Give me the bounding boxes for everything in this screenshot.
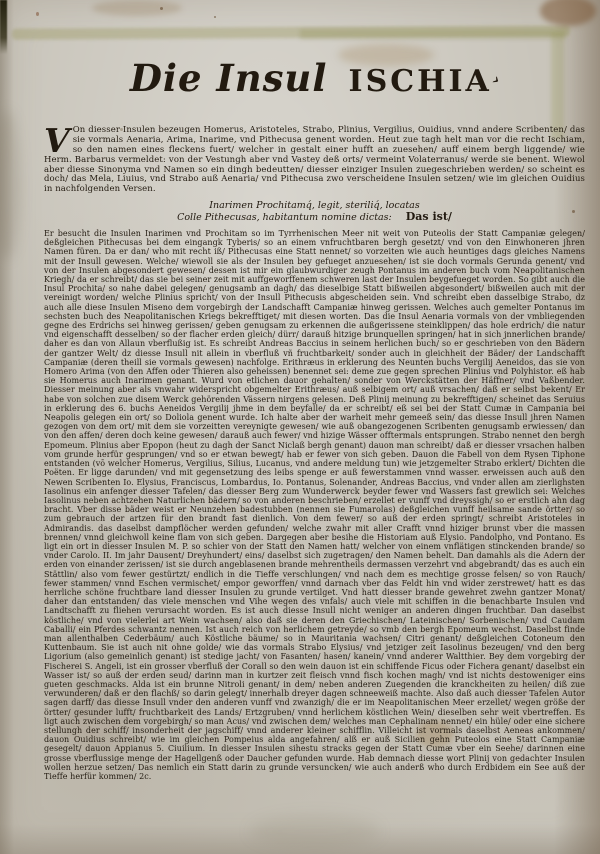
foxing-dot bbox=[36, 12, 39, 16]
title-roman-text: ISCHIA bbox=[349, 64, 492, 99]
das-ist-label: Das ist/ bbox=[406, 210, 452, 223]
corner-mark bbox=[0, 0, 7, 54]
verse-line-2: Colle Pithecusas, habitantum nomine dict… bbox=[44, 211, 585, 223]
book-page-scan: Die Insul ISCHIA› VOn diesser Insulen be… bbox=[0, 0, 600, 854]
body-text-block: Er besucht die Insulen Inarimen vnd Proc… bbox=[44, 229, 585, 781]
title-blackletter-text: Die Insul bbox=[130, 56, 328, 100]
page-title: Die Insul ISCHIA› bbox=[44, 53, 585, 105]
intro-paragraph: VOn diesser Insulen bezeugen Homerus, Ar… bbox=[44, 126, 585, 195]
page-content: Die Insul ISCHIA› VOn diesser Insulen be… bbox=[44, 0, 585, 781]
verse-line-1: Inarimen Prochitamq́, legit, steriliq́, … bbox=[44, 200, 585, 211]
latin-verse: Inarimen Prochitamq́, legit, steriliq́, … bbox=[44, 200, 585, 223]
paper-stain bbox=[250, 815, 380, 847]
verse-line-2-text: Colle Pithecusas, habitantum nomine dict… bbox=[177, 212, 392, 223]
drop-cap-initial: V bbox=[44, 126, 73, 155]
intro-text: On diesser Insulen bezeugen Homerus, Ari… bbox=[44, 125, 585, 194]
